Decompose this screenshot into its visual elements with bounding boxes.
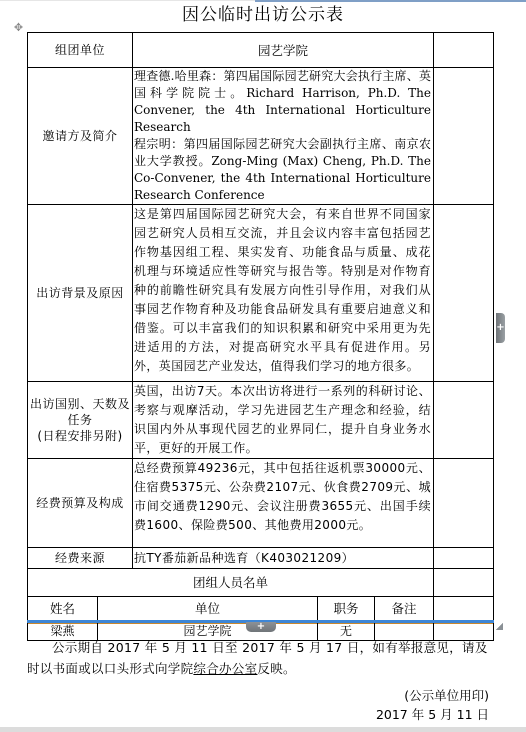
invitation-value[interactable]: 理查德.哈里森：第四届国际园艺研究大会执行主席、英国科学院院士。Richard … bbox=[133, 68, 434, 205]
invitation-label: 邀请方及简介 bbox=[28, 68, 133, 205]
funding-label: 经费来源 bbox=[28, 548, 133, 569]
disclosure-table: 组团单位 园艺学院 邀请方及简介 理查德.哈里森：第四届国际园艺研究大会执行主席… bbox=[27, 32, 494, 641]
country-label: 出访国别、天数及 任务 (日程安排另附) bbox=[28, 382, 133, 459]
invitation-row: 邀请方及简介 理查德.哈里森：第四届国际园艺研究大会执行主席、英国科学院院士。R… bbox=[28, 68, 494, 205]
top-border-gray bbox=[0, 0, 255, 1]
empty-cell[interactable] bbox=[434, 548, 494, 569]
empty-cell[interactable] bbox=[434, 459, 494, 548]
column-unit: 单位 bbox=[98, 597, 318, 622]
budget-value[interactable]: 总经费预算49236元，其中包括往返机票30000元、住宿费5375元、公杂费2… bbox=[133, 459, 434, 548]
table-resize-grip-icon[interactable] bbox=[496, 623, 503, 630]
empty-cell[interactable] bbox=[434, 205, 494, 382]
background-value[interactable]: 这是第四届国际园艺研究大会，有来自世界不同国家园艺研究人员相互交流，并且会议内容… bbox=[133, 205, 434, 382]
top-border-blue bbox=[255, 0, 526, 2]
empty-cell[interactable] bbox=[434, 569, 494, 597]
budget-label: 经费预算及构成 bbox=[28, 459, 133, 548]
member-columns-row: 姓名 单位 职务 备注 bbox=[28, 597, 494, 622]
empty-cell[interactable] bbox=[434, 382, 494, 459]
country-label-line-3: (日程安排另附) bbox=[28, 428, 132, 444]
office-link[interactable]: 综合办公室 bbox=[193, 661, 257, 676]
document-title: 因公临时出访公示表 bbox=[0, 3, 526, 27]
invitation-line-2: 程宗明：第四届国际园艺研究大会副执行主席、南京农业大学教授。Zong-Ming … bbox=[134, 136, 431, 204]
funding-row: 经费来源 抗TY番茄新品种选育（K403021209） bbox=[28, 548, 494, 569]
seal-note: (公示单位用印) bbox=[404, 687, 489, 705]
org-row: 组团单位 园艺学院 bbox=[28, 33, 494, 68]
funding-value[interactable]: 抗TY番茄新品种选育（K403021209） bbox=[133, 548, 434, 569]
bottom-scroll-area bbox=[0, 727, 526, 732]
members-header-row: 团组人员名单 bbox=[28, 569, 494, 597]
background-label: 出访背景及原因 bbox=[28, 205, 133, 382]
org-label: 组团单位 bbox=[28, 33, 133, 68]
background-row: 出访背景及原因 这是第四届国际园艺研究大会，有来自世界不同国家园艺研究人员相互交… bbox=[28, 205, 494, 382]
members-header: 团组人员名单 bbox=[28, 569, 434, 597]
country-value[interactable]: 英国，出访7天。本次出访将进行一系列的科研讨论、考察与观摩活动，学习先进园艺生产… bbox=[133, 382, 434, 459]
empty-cell[interactable] bbox=[434, 68, 494, 205]
insert-column-plus-icon[interactable]: + bbox=[496, 313, 505, 343]
empty-cell[interactable] bbox=[434, 597, 494, 622]
column-position: 职务 bbox=[318, 597, 375, 622]
insert-row-plus-icon[interactable]: + bbox=[246, 622, 276, 632]
signature-date: 2017 年 5 月 11 日 bbox=[376, 706, 489, 724]
country-label-line-2: 任务 bbox=[28, 412, 132, 428]
org-value[interactable]: 园艺学院 bbox=[133, 33, 434, 68]
country-row: 出访国别、天数及 任务 (日程安排另附) 英国，出访7天。本次出访将进行一系列的… bbox=[28, 382, 494, 459]
notice-paragraph: 公示期自 2017 年 5 月 11 日至 2017 年 5 月 17 日，如有… bbox=[27, 637, 497, 679]
budget-row: 经费预算及构成 总经费预算49236元，其中包括往返机票30000元、住宿费53… bbox=[28, 459, 494, 548]
table-move-handle-icon[interactable]: ✥ bbox=[13, 22, 24, 33]
column-name: 姓名 bbox=[28, 597, 98, 622]
country-label-line-1: 出访国别、天数及 bbox=[28, 396, 132, 412]
notice-text-end: 反映。 bbox=[257, 661, 295, 676]
empty-cell[interactable] bbox=[434, 33, 494, 68]
invitation-line-1: 理查德.哈里森：第四届国际园艺研究大会执行主席、英国科学院院士。Richard … bbox=[134, 68, 431, 136]
column-remark: 备注 bbox=[375, 597, 434, 622]
